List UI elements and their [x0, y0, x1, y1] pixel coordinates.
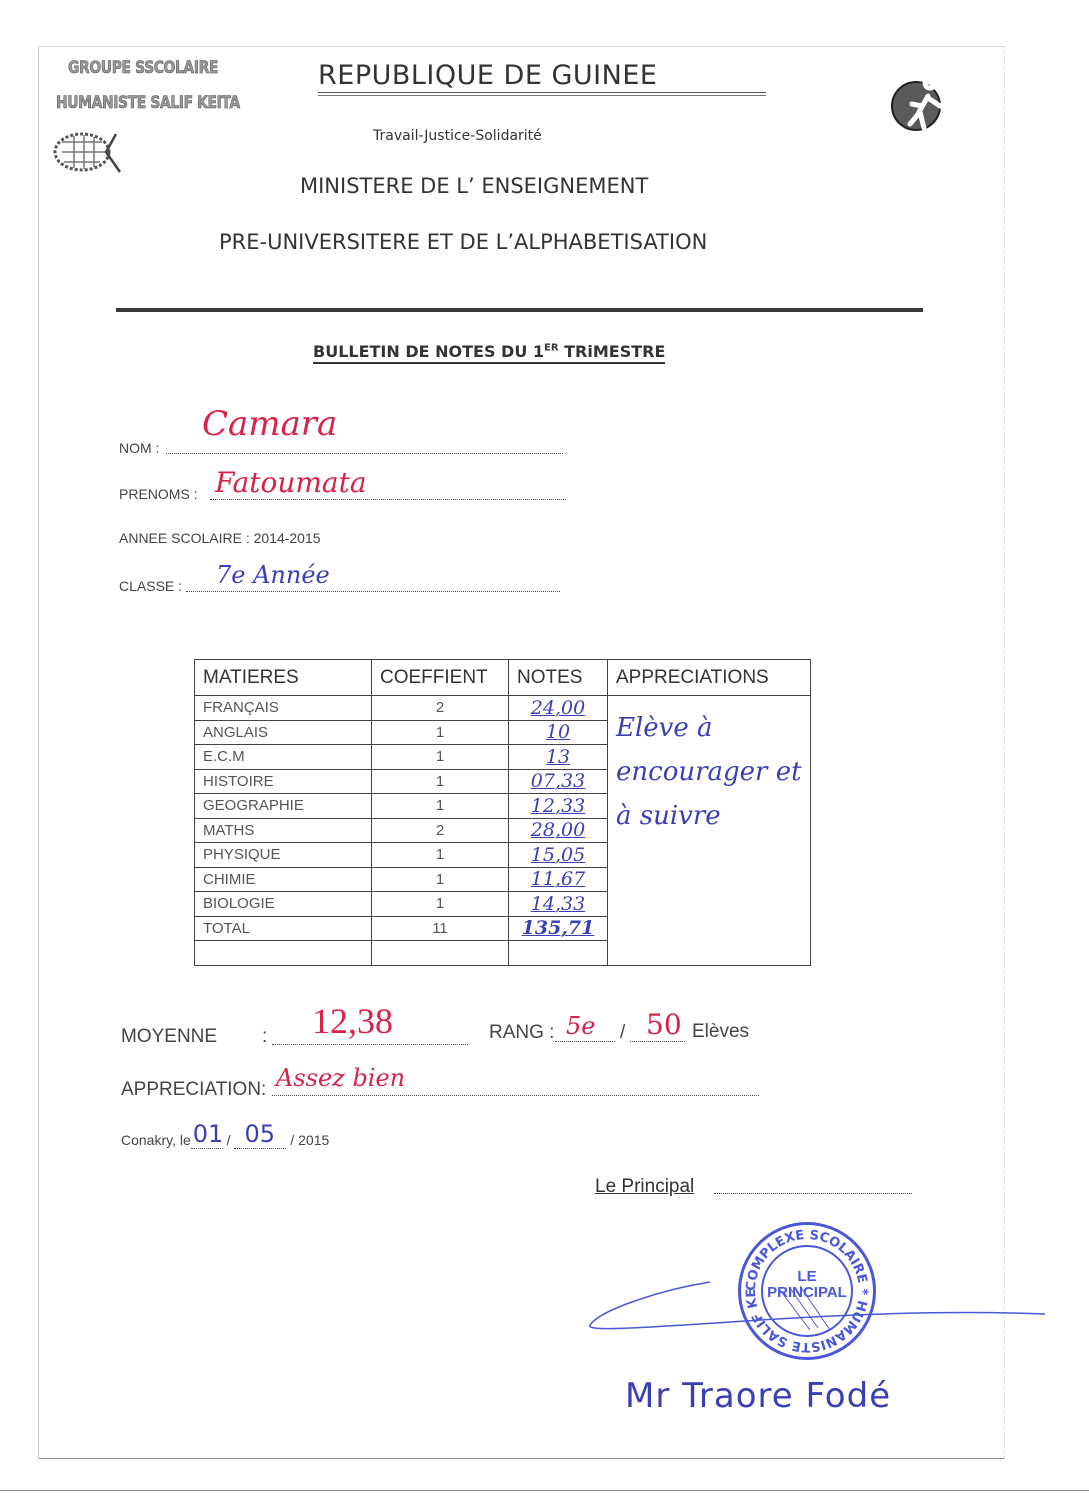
year-value: 2015: [298, 1132, 329, 1148]
country-underline-2: [318, 95, 766, 96]
title-prefix: BULLETIN DE NOTES DU 1: [313, 342, 544, 361]
prenoms-label: PRENOMS :: [119, 486, 198, 502]
appreciation-handwritten: Elève à encourager et à suivre: [608, 696, 811, 966]
table-header-row: MATIERES COEFFIENT NOTES APPRECIATIONS: [195, 660, 811, 696]
moyenne-value: 12,38: [312, 1000, 393, 1042]
header-divider: [116, 308, 923, 312]
empty-cell: [195, 941, 372, 966]
ministry-line1: MINISTERE DE L’ ENSEIGNEMENT: [300, 174, 648, 198]
national-motto: Travail-Justice-Solidarité: [373, 128, 542, 144]
annee-scolaire: ANNEE SCOLAIRE : 2014-2015: [119, 530, 321, 546]
prenoms-value: Fatoumata: [215, 466, 367, 499]
appreciation-value: Assez bien: [276, 1064, 405, 1092]
country-underline: [318, 92, 766, 93]
coefficient: 2: [372, 696, 509, 721]
moyenne-line: [272, 1044, 468, 1045]
classe-label: CLASSE :: [119, 578, 182, 594]
note: 11,67: [509, 867, 608, 892]
coefficient: 1: [372, 720, 509, 745]
note: 07,33: [509, 769, 608, 794]
empty-cell: [509, 941, 608, 966]
header-coefficient: COEFFIENT: [372, 660, 509, 696]
coefficient: 2: [372, 818, 509, 843]
day-field: 01: [191, 1132, 223, 1149]
note: 24,00: [509, 696, 608, 721]
subject: MATHS: [195, 818, 372, 843]
date-line: Conakry, le01 / 05 / 2015: [121, 1132, 329, 1149]
signer-name: Mr Traore Fodé: [625, 1376, 891, 1416]
principal-label: Le Principal: [595, 1176, 694, 1198]
note: 15,05: [509, 843, 608, 868]
coefficient: 1: [372, 867, 509, 892]
ministry-line2: PRE-UNIVERSITERE ET DE L’ALPHABETISATION: [219, 230, 707, 254]
coefficient: 1: [372, 843, 509, 868]
coefficient: 1: [372, 769, 509, 794]
subject: CHIMIE: [195, 867, 372, 892]
appreciation-line: [272, 1095, 759, 1096]
subject: HISTOIRE: [195, 769, 372, 794]
rang-label: RANG :: [489, 1022, 554, 1044]
total-coefficient: 11: [372, 916, 509, 941]
coefficient: 1: [372, 745, 509, 770]
subject: E.C.M: [195, 745, 372, 770]
emblem-icon: [884, 76, 954, 136]
note: 28,00: [509, 818, 608, 843]
title-suffix: TRiMESTRE: [559, 342, 666, 361]
header-matieres: MATIERES: [195, 660, 372, 696]
title-superscript: ER: [544, 343, 559, 354]
classe-line: [186, 591, 560, 592]
table-row: FRANÇAIS 2 24,00 Elève à encourager et à…: [195, 696, 811, 721]
note: 14,33: [509, 892, 608, 917]
scan-edge: [0, 1490, 1089, 1491]
moyenne-colon: :: [262, 1026, 267, 1048]
principal-line: [714, 1193, 912, 1194]
grades-table: MATIERES COEFFIENT NOTES APPRECIATIONS F…: [194, 659, 811, 966]
country-title: REPUBLIQUE DE GUINEE: [318, 60, 657, 91]
total-note: 135,71: [509, 916, 608, 941]
eleves-label: Elèves: [692, 1021, 749, 1043]
prenoms-line: [210, 499, 566, 500]
note: 12,33: [509, 794, 608, 819]
note: 10: [509, 720, 608, 745]
header-appreciations: APPRECIATIONS: [608, 660, 811, 696]
nom-line: [166, 453, 563, 454]
coefficient: 1: [372, 892, 509, 917]
nom-label: NOM :: [119, 440, 159, 456]
moyenne-label: MOYENNE: [121, 1026, 217, 1048]
rang-total: 50: [646, 1008, 682, 1041]
subject: FRANÇAIS: [195, 696, 372, 721]
empty-cell: [372, 941, 509, 966]
school-name-line1: GROUPE SSCOLAIRE: [68, 58, 218, 78]
rang-value: 5e: [566, 1012, 595, 1040]
month-field: 05: [234, 1132, 286, 1149]
subject: GEOGRAPHIE: [195, 794, 372, 819]
coefficient: 1: [372, 794, 509, 819]
rang-line: [555, 1041, 615, 1042]
subject: PHYSIQUE: [195, 843, 372, 868]
subject: ANGLAIS: [195, 720, 372, 745]
school-name-line2: HUMANISTE SALIF KEITA: [56, 93, 240, 113]
rang-total-line: [630, 1041, 685, 1042]
rang-slash: /: [620, 1022, 625, 1044]
appreciation-label: APPRECIATION:: [121, 1079, 266, 1101]
total-label: TOTAL: [195, 916, 372, 941]
nom-value: Camara: [202, 404, 337, 444]
place-label: Conakry, le: [121, 1132, 191, 1148]
header-notes: NOTES: [509, 660, 608, 696]
day-value: 01: [193, 1120, 224, 1148]
report-title: BULLETIN DE NOTES DU 1ER TRiMESTRE: [313, 342, 665, 364]
school-logo-icon: [50, 128, 120, 173]
subject: BIOLOGIE: [195, 892, 372, 917]
month-value: 05: [244, 1120, 275, 1148]
note: 13: [509, 745, 608, 770]
classe-value: 7e Année: [216, 561, 330, 589]
signature-scribble-icon: [580, 1270, 1050, 1340]
